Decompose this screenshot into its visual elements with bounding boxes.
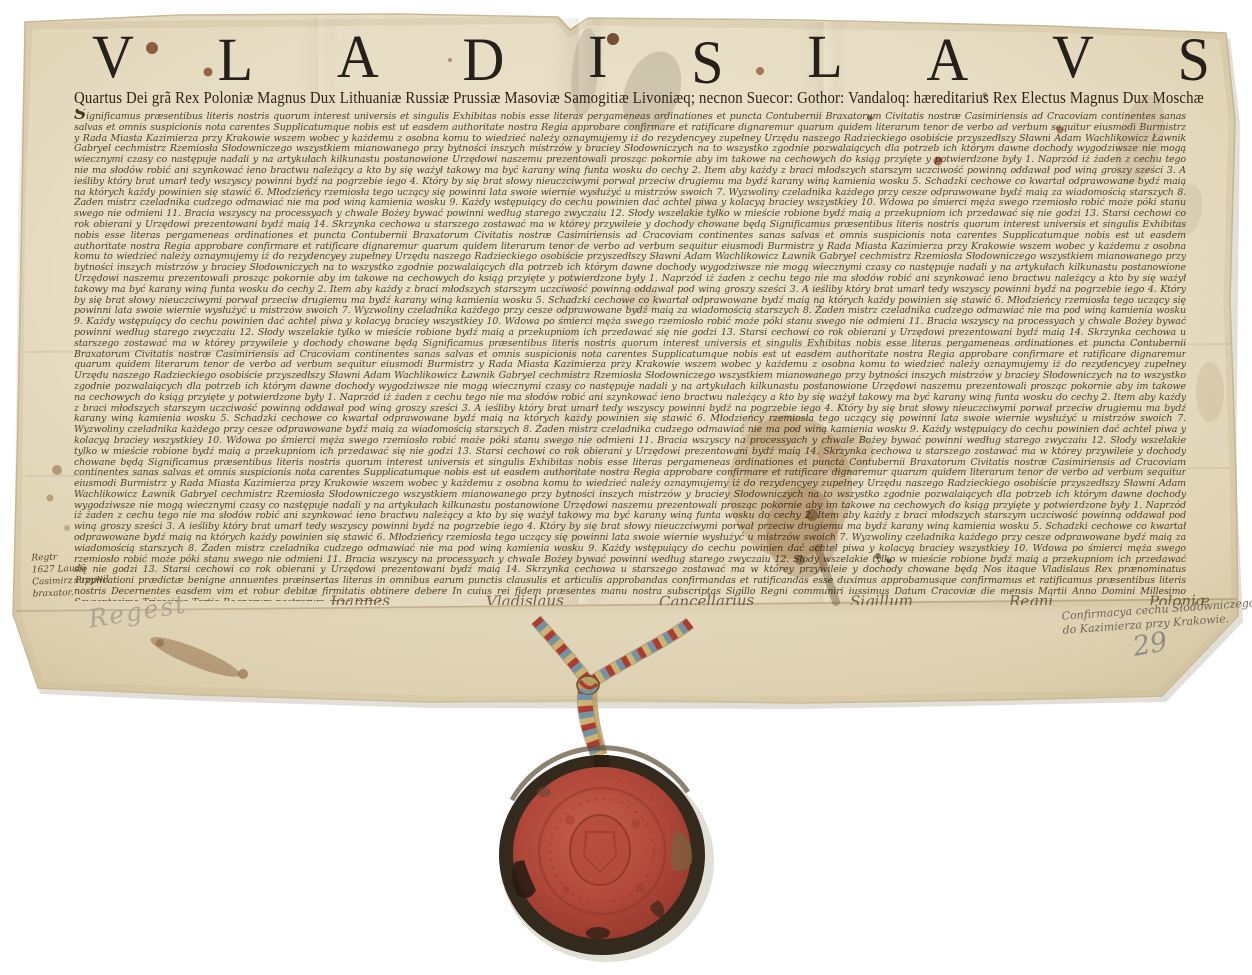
signature-fragment: Regni xyxy=(1009,592,1053,605)
wax-seal xyxy=(499,748,714,962)
signature-fragment: Vladislaus xyxy=(486,592,564,605)
title-letter: L xyxy=(218,25,253,95)
seal-shadow xyxy=(500,760,714,962)
title-letter: L xyxy=(807,22,842,92)
charter-photograph: V L A D I S L A V S Quartus Dei grã Rex … xyxy=(0,0,1252,975)
seal-chip xyxy=(650,900,664,918)
seal-chip xyxy=(512,860,536,898)
title-letter: A xyxy=(926,25,968,95)
signature-fragment: Cancellarius xyxy=(659,592,754,605)
title-letter: A xyxy=(337,22,379,92)
seal-chip xyxy=(671,830,693,871)
seal-chip xyxy=(586,927,610,939)
body-text: Significamus præsentibus literis nostris… xyxy=(74,109,1186,601)
title-letter: I xyxy=(588,22,607,92)
signature-line: Joannes Vladislaus Cancellarius Sigillum… xyxy=(330,592,1210,605)
seal-chip xyxy=(537,787,551,797)
title-letter: D xyxy=(462,25,504,95)
seal-capsule-rim xyxy=(499,755,705,955)
margin-note: Regtr 1627 Laudū Casimirz Przywil braxat… xyxy=(31,550,119,601)
title-letter: S xyxy=(1178,25,1210,95)
seal-wax xyxy=(513,767,691,939)
royal-style-line-wrap: Quartus Dei grã Rex Poloniæ Magnus Dux L… xyxy=(74,88,1204,110)
cord-entry xyxy=(594,755,609,767)
seal-cord xyxy=(536,620,690,756)
cord-knot xyxy=(577,676,599,694)
royal-style-line: Quartus Dei grã Rex Poloniæ Magnus Dux L… xyxy=(74,88,1204,108)
bottom-left-streak-stain xyxy=(147,631,248,684)
plica-fold xyxy=(13,598,1238,703)
archive-number: 29 xyxy=(1131,626,1170,662)
title-letter: V xyxy=(92,22,134,92)
title-letter: V xyxy=(1052,22,1094,92)
signature-fragment: Sigillum xyxy=(850,592,913,605)
document-title: V L A D I S L A V S xyxy=(92,24,1210,94)
signature-fragment: Joannes xyxy=(330,592,390,605)
